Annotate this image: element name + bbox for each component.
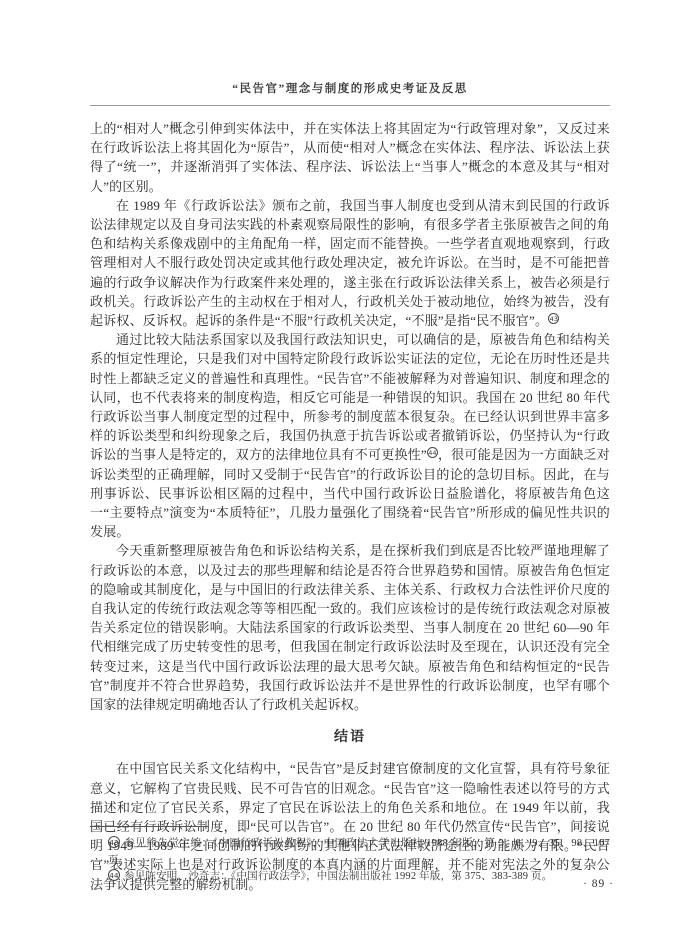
paragraph-1-text: 上的“相对人”概念引伸到实体法中，并在实体法上将其固定为“行政管理对象”，又反过…: [90, 121, 610, 194]
paragraph-3: 通过比较大陆法系国家以及我国行政法知识史，可以确信的是，原被告角色和结构关系的恒…: [90, 330, 610, 541]
footnote-number-43: 43: [108, 836, 120, 848]
page-content: “民告官”理念与制度的形成史考证及反思 上的“相对人”概念引伸到实体法中，并在实…: [90, 80, 610, 894]
paragraph-3-text-part1: 通过比较大陆法系国家以及我国行政法知识史，可以确信的是，原被告角色和结构关系的恒…: [90, 332, 610, 462]
footnote-divider: [90, 826, 208, 827]
document-page: “民告官”理念与制度的形成史考证及反思 上的“相对人”概念引伸到实体法中，并在实…: [0, 0, 700, 942]
article-body: 上的“相对人”概念引伸到实体法中，并在实体法上将其固定为“行政管理对象”，又反过…: [90, 119, 610, 894]
running-header-title: “民告官”理念与制度的形成史考证及反思: [90, 80, 610, 106]
footnote-marker-44-icon: 44: [427, 447, 438, 458]
footnote-item-1: 43参见熊先觉主编：《中国行政诉讼教程》，中国政法大学出版社 1988 年版，第…: [108, 836, 610, 869]
footnote-item-2: 44参见陈安明、沙奇志：《中国行政法学》，中国法制出版社 1992 年版，第 3…: [108, 869, 610, 886]
footnote-text-2: 参见陈安明、沙奇志：《中国行政法学》，中国法制出版社 1992 年版，第 375…: [124, 871, 552, 882]
footnote-marker-43-icon: 43: [548, 313, 559, 324]
section-heading-conclusion: 结语: [90, 726, 610, 746]
paragraph-1: 上的“相对人”概念引伸到实体法中，并在实体法上将其固定为“行政管理对象”，又反过…: [90, 119, 610, 196]
paragraph-4-text: 今天重新整理原被告角色和诉讼结构关系，是在探析我们到底是否比较严谨地理解了行政诉…: [90, 543, 610, 712]
page-number: · 89 ·: [583, 878, 614, 890]
paragraph-2: 在 1989 年《行政诉讼法》颁布之前，我国当事人制度也受到从清末到民国的行政诉…: [90, 196, 610, 330]
footnotes-section: 43参见熊先觉主编：《中国行政诉讼教程》，中国政法大学出版社 1988 年版，第…: [90, 826, 610, 886]
paragraph-4: 今天重新整理原被告角色和诉讼结构关系，是在探析我们到底是否比较严谨地理解了行政诉…: [90, 541, 610, 714]
footnote-text-1: 参见熊先觉主编：《中国行政诉讼教程》，中国政法大学出版社 1988 年版，第 3…: [108, 838, 610, 866]
footnote-number-44: 44: [108, 869, 120, 881]
paragraph-2-text: 在 1989 年《行政诉讼法》颁布之前，我国当事人制度也受到从清末到民国的行政诉…: [90, 198, 610, 328]
